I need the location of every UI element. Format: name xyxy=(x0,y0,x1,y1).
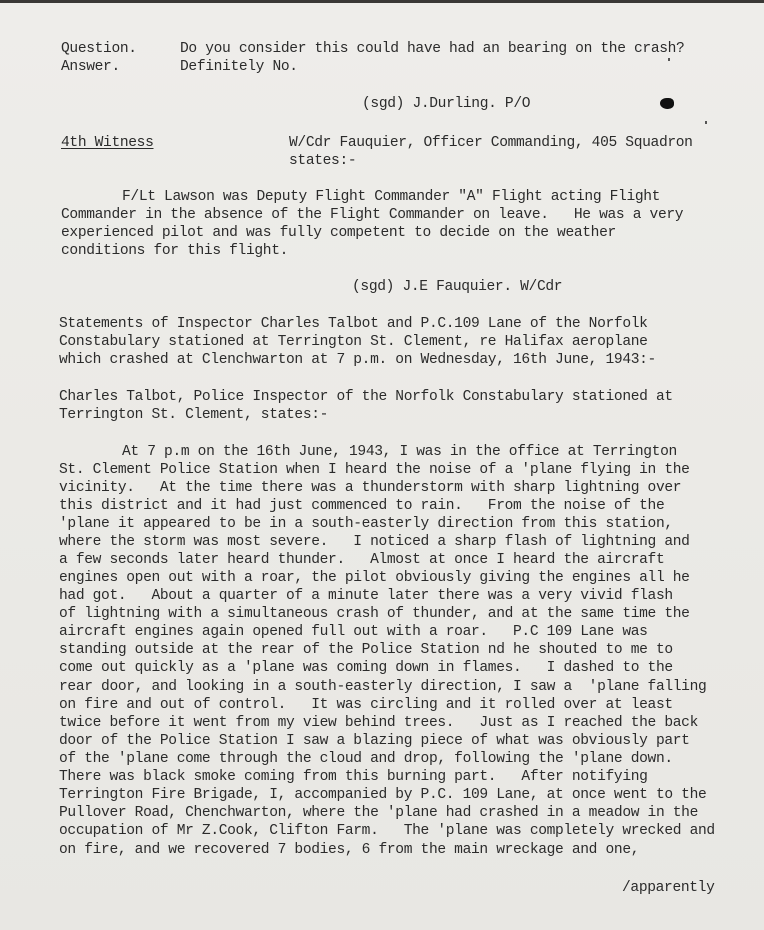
answer-text: Definitely No. xyxy=(180,58,298,76)
paper-speck xyxy=(668,58,670,61)
statement-line: twice before it went from my view behind… xyxy=(59,714,698,732)
paragraph-1-line: Commander in the absence of the Flight C… xyxy=(61,206,683,224)
statement-line: aircraft engines again opened full out w… xyxy=(59,623,648,641)
statement-line: of lightning with a simultaneous crash o… xyxy=(59,605,690,623)
talbot-intro-line: Charles Talbot, Police Inspector of the … xyxy=(59,388,673,406)
statement-line: St. Clement Police Station when I heard … xyxy=(59,461,690,479)
continuation-catchword: /apparently xyxy=(622,879,715,897)
statement-line: There was black smoke coming from this b… xyxy=(59,768,648,786)
statement-line: Pullover Road, Chenchwarton, where the '… xyxy=(59,804,698,822)
witness-line-2: states:- xyxy=(289,152,356,170)
statements-heading-line: Constabulary stationed at Terrington St.… xyxy=(59,333,648,351)
document-page: Question. Do you consider this could hav… xyxy=(0,0,764,930)
talbot-intro-line: Terrington St. Clement, states:- xyxy=(59,406,328,424)
ink-blot xyxy=(660,98,674,109)
statement-line: vicinity. At the time there was a thunde… xyxy=(59,479,681,497)
statement-line: this district and it had just commenced … xyxy=(59,497,664,515)
statement-line: Terrington Fire Brigade, I, accompanied … xyxy=(59,786,706,804)
question-label: Question. xyxy=(61,40,137,58)
answer-label: Answer. xyxy=(61,58,120,76)
statement-line: on fire and out of control. It was circl… xyxy=(59,696,673,714)
statement-line: occupation of Mr Z.Cook, Clifton Farm. T… xyxy=(59,822,715,840)
statements-heading-line: Statements of Inspector Charles Talbot a… xyxy=(59,315,648,333)
statements-heading-line: which crashed at Clenchwarton at 7 p.m. … xyxy=(59,351,656,369)
statement-line: door of the Police Station I saw a blazi… xyxy=(59,732,690,750)
statement-line: of the 'plane come through the cloud and… xyxy=(59,750,673,768)
witness-line-1: W/Cdr Fauquier, Officer Commanding, 405 … xyxy=(289,134,693,152)
statement-line: had got. About a quarter of a minute lat… xyxy=(59,587,673,605)
statement-line: engines open out with a roar, the pilot … xyxy=(59,569,690,587)
witness-label: 4th Witness xyxy=(61,134,154,152)
paragraph-1-line: conditions for this flight. xyxy=(61,242,288,260)
statement-line: At 7 p.m on the 16th June, 1943, I was i… xyxy=(122,443,677,461)
paragraph-1-line: F/Lt Lawson was Deputy Flight Commander … xyxy=(122,188,660,206)
statement-line: 'plane it appeared to be in a south-east… xyxy=(59,515,673,533)
statement-line: standing outside at the rear of the Poli… xyxy=(59,641,673,659)
statement-line: a few seconds later heard thunder. Almos… xyxy=(59,551,664,569)
paragraph-1-line: experienced pilot and was fully competen… xyxy=(61,224,616,242)
signature-durling: (sgd) J.Durling. P/O xyxy=(362,95,530,113)
signature-fauquier: (sgd) J.E Fauquier. W/Cdr xyxy=(352,278,562,296)
statement-line: rear door, and looking in a south-easter… xyxy=(59,678,706,696)
statement-line: come out quickly as a 'plane was coming … xyxy=(59,659,673,677)
statement-line: where the storm was most severe. I notic… xyxy=(59,533,690,551)
question-text: Do you consider this could have had an b… xyxy=(180,40,684,58)
paper-speck xyxy=(705,121,707,124)
statement-line: on fire, and we recovered 7 bodies, 6 fr… xyxy=(59,841,639,859)
